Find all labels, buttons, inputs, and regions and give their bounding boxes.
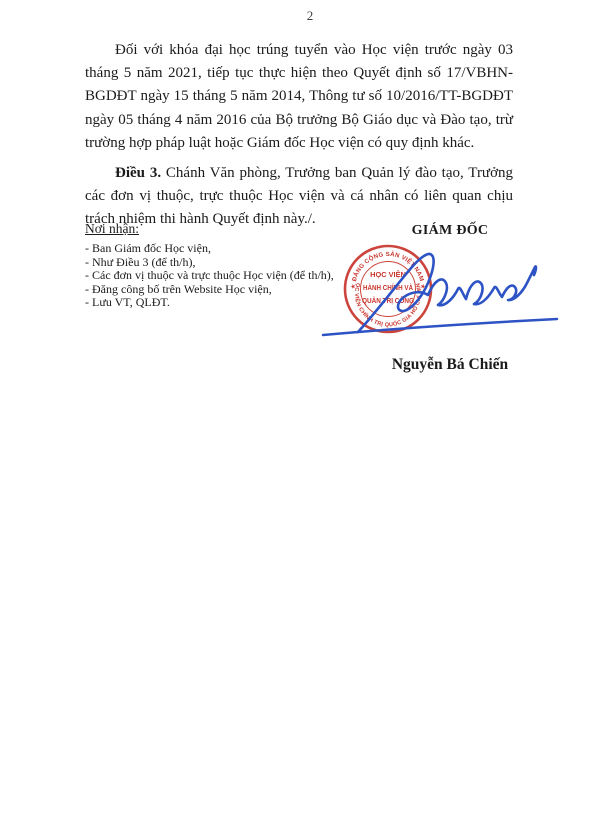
article-3-label: Điều 3. <box>115 165 161 181</box>
page-number: 2 <box>0 8 596 24</box>
document-page: 2 Đối với khóa đại học trúng tuyển vào H… <box>0 0 596 817</box>
document-body: Đối với khóa đại học trúng tuyển vào Học… <box>85 39 513 239</box>
stamp-and-signature: ★ ĐẢNG CỘNG SẢN VIỆT NAM ★ HỌC VIỆN CHÍN… <box>300 235 596 347</box>
signer-name: Nguyễn Bá Chiến <box>330 356 570 374</box>
stamp-center-line-1: HỌC VIỆN <box>370 270 406 279</box>
stamp-center-line-2: HÀNH CHÍNH VÀ <box>363 283 413 292</box>
paragraph-admission-terms: Đối với khóa đại học trúng tuyển vào Học… <box>85 39 513 155</box>
official-stamp-seal: ★ ĐẢNG CỘNG SẢN VIỆT NAM ★ HỌC VIỆN CHÍN… <box>300 235 431 332</box>
